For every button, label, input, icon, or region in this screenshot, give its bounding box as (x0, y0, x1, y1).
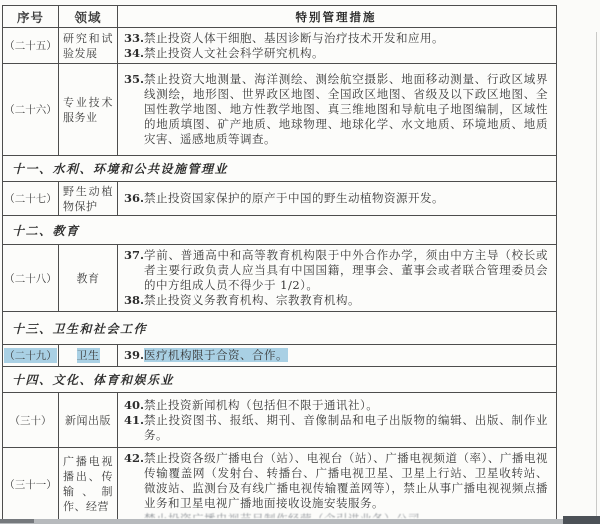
measure-text: 禁止投资义务教育机构、宗教教育机构。 (144, 293, 360, 307)
table-row-26: （二十六） 专业技术服务业 35.禁止投资大地测量、海洋测绘、测绘航空摄影、地面… (3, 64, 556, 156)
field-cell: 教育 (59, 245, 118, 311)
measure-text: 禁止投资图书、报纸、期刊、音像制品和电子出版物的编辑、出版、制作业务。 (144, 413, 548, 442)
measure-text: 禁止投资人文社会科学研究机构。 (144, 46, 324, 60)
table-row-28: （二十八） 教育 37.学前、普通高中和高等教育机构限于中外合作办学，须由中方主… (3, 245, 556, 312)
measure-item: 35.禁止投资大地测量、海洋测绘、测绘航空摄影、地面移动测量、行政区域界线测绘，… (124, 72, 548, 147)
measure-item: 38.禁止投资义务教育机构、宗教教育机构。 (124, 293, 548, 308)
highlighted-text: 卫生 (77, 348, 100, 363)
measure-number: 33. (124, 31, 144, 46)
row-number-cell: （二十六） (3, 64, 59, 155)
row-number-cell: （三十一） (3, 448, 59, 520)
field-label: 广播电视播出、传输、制作、经营 (63, 454, 113, 514)
measures-cell: 33.禁止投资人体干细胞、基因诊断与治疗技术开发和应用。 34.禁止投资人文社会… (118, 28, 556, 63)
measures-cell: 36.禁止投资国家保护的原产于中国的野生动植物资源开发。 (118, 182, 556, 215)
measure-text: 学前、普通高中和高等教育机构限于中外合作办学，须由中方主导（校长或者主要行政负责… (144, 248, 548, 292)
section-header-row: 十二、教育 (3, 216, 556, 245)
measure-number: 35. (124, 72, 144, 87)
measures-cell: 39.医疗机构限于合资、合作。 (118, 345, 556, 366)
row-number-cell: （二十九） (3, 345, 59, 366)
section-header-row: 十一、水利、环境和公共设施管理业 (3, 156, 556, 182)
section-header-row: 十三、卫生和社会工作 (3, 312, 556, 345)
section-title: 十二、教育 (12, 222, 80, 239)
table-row-27: （二十七） 野生动植物保护 36.禁止投资国家保护的原产于中国的野生动植物资源开… (3, 182, 556, 216)
measure-item: 33.禁止投资人体干细胞、基因诊断与治疗技术开发和应用。 (124, 31, 548, 46)
measure-number: 36. (124, 191, 144, 206)
measure-number: 40. (124, 398, 144, 413)
measure-number: 41. (124, 413, 144, 428)
measure-text: 禁止投资各级广播电台（站）、电视台（站）、广播电视频道（率）、广播电视传输覆盖网… (144, 451, 548, 510)
measure-text: 禁止投资国家保护的原产于中国的野生动植物资源开发。 (144, 191, 444, 205)
bottom-strip-left-segment (0, 519, 34, 523)
column-header-measures: 特别管理措施 (118, 6, 556, 27)
measures-cell: 42.禁止投资各级广播电台（站）、电视台（站）、广播电视频道（率）、广播电视传输… (118, 448, 556, 520)
measure-item: 39.医疗机构限于合资、合作。 (124, 348, 548, 363)
column-header-field: 领域 (59, 6, 118, 27)
measure-number: 42. (124, 451, 144, 466)
scan-artifact-vline (596, 32, 597, 518)
measure-item: 34.禁止投资人文社会科学研究机构。 (124, 46, 548, 61)
field-cell: 野生动植物保护 (59, 182, 118, 215)
measure-number: 38. (124, 293, 144, 308)
table-row-25: （二十五） 研究和试验发展 33.禁止投资人体干细胞、基因诊断与治疗技术开发和应… (3, 28, 556, 64)
measure-number: 39. (124, 348, 144, 363)
field-cell: 广播电视播出、传输、制作、经营 (59, 448, 118, 520)
measure-item: 36.禁止投资国家保护的原产于中国的野生动植物资源开发。 (124, 191, 548, 206)
negative-list-table: 序号 领域 特别管理措施 （二十五） 研究和试验发展 33.禁止投资人体干细胞、… (2, 5, 557, 520)
field-cell: 卫生 (59, 345, 118, 366)
field-label: 教育 (77, 271, 100, 286)
table-row-31: （三十一） 广播电视播出、传输、制作、经营 42.禁止投资各级广播电台（站）、电… (3, 448, 556, 520)
field-label: 专业技术服务业 (63, 95, 113, 125)
measure-item: 37.学前、普通高中和高等教育机构限于中外合作办学，须由中方主导（校长或者主要行… (124, 248, 548, 293)
measure-item: 41.禁止投资图书、报纸、期刊、音像制品和电子出版物的编辑、出版、制作业务。 (124, 413, 548, 443)
field-label: 新闻出版 (65, 413, 111, 428)
highlighted-text: 医疗机构限于合资、合作。 (144, 348, 288, 362)
measures-cell: 37.学前、普通高中和高等教育机构限于中外合作办学，须由中方主导（校长或者主要行… (118, 245, 556, 311)
measure-text: 禁止投资人体干细胞、基因诊断与治疗技术开发和应用。 (144, 31, 444, 45)
field-cell: 研究和试验发展 (59, 28, 118, 63)
scanned-document-page: 序号 领域 特别管理措施 （二十五） 研究和试验发展 33.禁止投资人体干细胞、… (0, 0, 600, 524)
row-number-cell: （二十五） (3, 28, 59, 63)
measures-cell: 40.禁止投资新闻机构（包括但不限于通讯社）。 41.禁止投资图书、报纸、期刊、… (118, 393, 556, 447)
row-number-cell: （二十七） (3, 182, 59, 215)
column-header-num: 序号 (3, 6, 59, 27)
bottom-strip-right-block (563, 516, 600, 524)
measure-text: 禁止投资大地测量、海洋测绘、测绘航空摄影、地面移动测量、行政区域界线测绘，地形图… (144, 72, 548, 146)
table-row-29: （二十九） 卫生 39.医疗机构限于合资、合作。 (3, 345, 556, 367)
table-row-30: （三十） 新闻出版 40.禁止投资新闻机构（包括但不限于通讯社）。 41.禁止投… (3, 393, 556, 448)
row-number-cell: （二十八） (3, 245, 59, 311)
measure-item: 40.禁止投资新闻机构（包括但不限于通讯社）。 (124, 398, 548, 413)
highlighted-text: （二十九） (4, 348, 57, 363)
measure-number: 34. (124, 46, 144, 61)
section-title: 十一、水利、环境和公共设施管理业 (12, 160, 228, 177)
field-cell: 新闻出版 (59, 393, 118, 447)
cutoff-partial-line: 禁止投资广播电视节目制作经营（含引进业务）公司。 (124, 512, 548, 518)
field-cell: 专业技术服务业 (59, 64, 118, 155)
field-label: 研究和试验发展 (63, 31, 113, 61)
measures-cell: 35.禁止投资大地测量、海洋测绘、测绘航空摄影、地面移动测量、行政区域界线测绘，… (118, 64, 556, 155)
bottom-scan-strip (0, 519, 600, 524)
row-number-cell: （三十） (3, 393, 59, 447)
section-header-row: 十四、文化、体育和娱乐业 (3, 367, 556, 393)
measure-item: 42.禁止投资各级广播电台（站）、电视台（站）、广播电视频道（率）、广播电视传输… (124, 451, 548, 511)
measure-number: 37. (124, 248, 144, 263)
table-header-row: 序号 领域 特别管理措施 (3, 6, 556, 28)
measure-text: 禁止投资新闻机构（包括但不限于通讯社）。 (144, 398, 378, 412)
field-label: 野生动植物保护 (63, 184, 113, 214)
section-title: 十三、卫生和社会工作 (12, 320, 147, 337)
section-title: 十四、文化、体育和娱乐业 (12, 371, 174, 388)
